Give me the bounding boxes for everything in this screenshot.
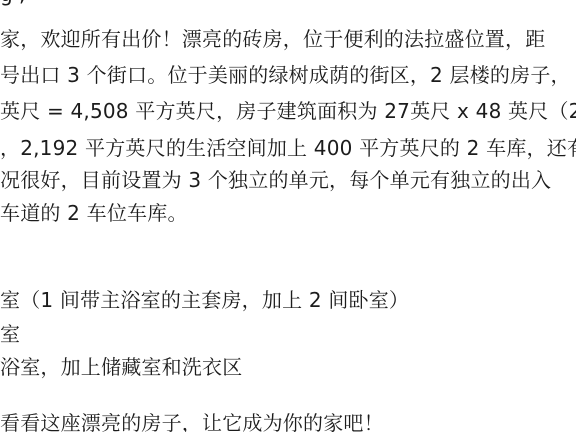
closing-line: 看看这座漂亮的房子，让它成为你的家吧！ [0,411,384,432]
document-viewport: g , 家，欢迎所有出价！漂亮的砖房，位于便利的法拉盛位置，距 号出口 3 个街… [0,0,576,432]
paragraph-line: 家，欢迎所有出价！漂亮的砖房，位于便利的法拉盛位置，距 [0,27,545,51]
paragraph-line: 况很好，目前设置为 3 个独立的单元，每个单元有独立的出入 [0,168,551,192]
clipped-top-line: g , [0,0,25,6]
list-item: 室（1 间带主浴室的主套房，加上 2 间卧室） [0,288,409,312]
paragraph-line: 英尺 = 4,508 平方英尺，房子建筑面积为 27英尺 x 48 英尺（2 层 [0,99,576,123]
list-item: 浴室，加上储藏室和洗衣区 [0,355,242,379]
list-item: 室 [0,322,20,346]
paragraph-line: ，2,192 平方英尺的生活空间加上 400 平方英尺的 2 车库，还有 [0,136,576,160]
paragraph-line: 号出口 3 个街口。位于美丽的绿树成荫的街区，2 层楼的房子， [0,63,571,87]
paragraph-line: 车道的 2 车位车库。 [0,201,188,225]
